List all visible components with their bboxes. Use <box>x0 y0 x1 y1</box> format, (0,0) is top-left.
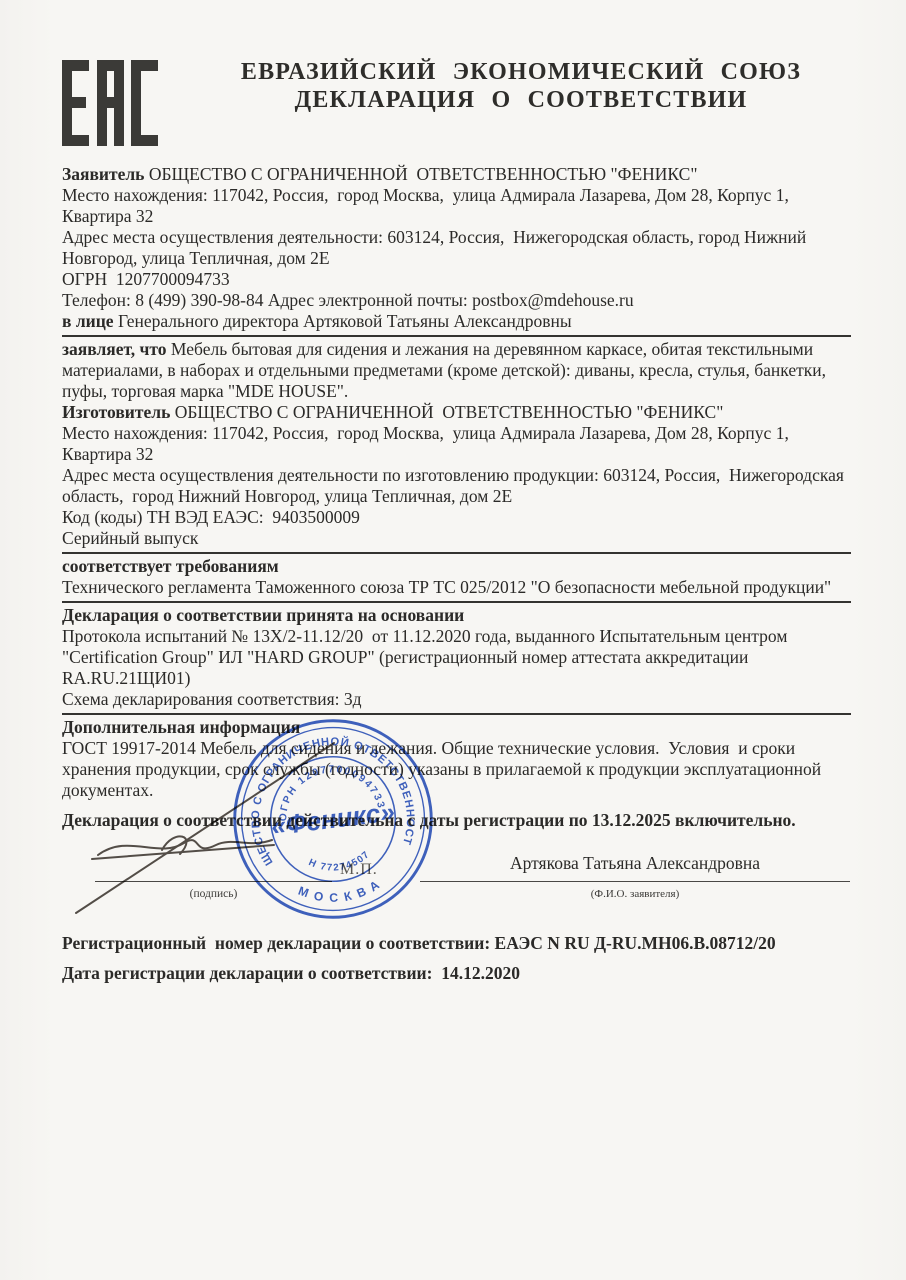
declarant-name-line <box>420 881 850 882</box>
reg-date-value: 14.12.2020 <box>432 963 520 983</box>
document-title: ЕВРАЗИЙСКИЙ ЭКОНОМИЧЕСКИЙ СОЮЗ ДЕКЛАРАЦИ… <box>192 58 850 114</box>
document-header: EAC ЕВРАЗИЙСКИЙ ЭКОНОМИЧЕСКИЙ СОЮЗ ДЕ <box>62 58 850 158</box>
section-divider <box>62 713 851 715</box>
declares-label: заявляет, что <box>62 339 167 359</box>
represented-label: в лице <box>62 311 114 331</box>
manufacturer-activity-address: Адрес места осуществления деятельности п… <box>62 465 851 507</box>
reg-number-value: ЕАЭС N RU Д-RU.МН06.В.08712/20 <box>490 933 775 953</box>
product-line: заявляет, что Мебель бытовая для сидения… <box>62 339 851 402</box>
declaration-document: EAC ЕВРАЗИЙСКИЙ ЭКОНОМИЧЕСКИЙ СОЮЗ ДЕ <box>0 0 906 1280</box>
applicant-location: Место нахождения: 117042, Россия, город … <box>62 185 851 227</box>
release-type: Серийный выпуск <box>62 528 851 549</box>
basis-protocol: Протокола испытаний № 13Х/2-11.12/20 от … <box>62 626 851 689</box>
eac-logo-icon: EAC <box>62 60 158 146</box>
registration-date-line: Дата регистрации декларации о соответств… <box>62 963 851 984</box>
manufacturer-label: Изготовитель <box>62 402 170 422</box>
reg-number-label: Регистрационный номер декларации о соотв… <box>62 933 490 953</box>
declaration-title: ДЕКЛАРАЦИЯ О СООТВЕТСТВИИ <box>192 86 850 114</box>
manufacturer-line: Изготовитель ОБЩЕСТВО С ОГРАНИЧЕННОЙ ОТВ… <box>62 402 851 423</box>
basis-heading: Декларация о соответствии принята на осн… <box>62 605 851 626</box>
section-divider <box>62 552 851 554</box>
basis-scheme: Схема декларирования соответствия: 3д <box>62 689 851 710</box>
applicant-name: ОБЩЕСТВО С ОГРАНИЧЕННОЙ ОТВЕТСТВЕННОСТЬЮ… <box>144 164 697 184</box>
reg-date-label: Дата регистрации декларации о соответств… <box>62 963 432 983</box>
stamp-outer-bottom-text: МОСКВА <box>295 873 389 910</box>
product-description: Мебель бытовая для сидения и лежания на … <box>62 339 830 401</box>
compliance-heading: соответствует требованиям <box>62 556 851 577</box>
applicant-activity-address: Адрес места осуществления деятельности: … <box>62 227 851 269</box>
declarant-caption: (Ф.И.О. заявителя) <box>420 884 850 905</box>
declarant-name: Артякова Татьяна Александровна <box>420 853 850 874</box>
manufacturer-location: Место нахождения: 117042, Россия, город … <box>62 423 851 465</box>
applicant-representative: в лице Генерального директора Артяковой … <box>62 311 851 332</box>
registration-number-line: Регистрационный номер декларации о соотв… <box>62 933 851 954</box>
applicant-label: Заявитель <box>62 164 144 184</box>
manufacturer-name: ОБЩЕСТВО С ОГРАНИЧЕННОЙ ОТВЕТСТВЕННОСТЬЮ… <box>170 402 723 422</box>
applicant-line: Заявитель ОБЩЕСТВО С ОГРАНИЧЕННОЙ ОТВЕТС… <box>62 164 851 185</box>
union-title: ЕВРАЗИЙСКИЙ ЭКОНОМИЧЕСКИЙ СОЮЗ <box>192 58 850 86</box>
section-divider <box>62 601 851 603</box>
company-stamp: ОБЩЕСТВО С ОГРАНИЧЕННОЙ ОТВЕТСТВЕННОСТЬЮ… <box>226 712 440 926</box>
applicant-phone-email: Телефон: 8 (499) 390-98-84 Адрес электро… <box>62 290 851 311</box>
represented-value: Генерального директора Артяковой Татьяны… <box>114 311 572 331</box>
svg-text:МОСКВА: МОСКВА <box>295 873 389 910</box>
section-divider <box>62 335 851 337</box>
tnved-code: Код (коды) ТН ВЭД ЕАЭС: 9403500009 <box>62 507 851 528</box>
compliance-text: Технического регламента Таможенного союз… <box>62 577 851 598</box>
applicant-ogrn: ОГРН 1207700094733 <box>62 269 851 290</box>
